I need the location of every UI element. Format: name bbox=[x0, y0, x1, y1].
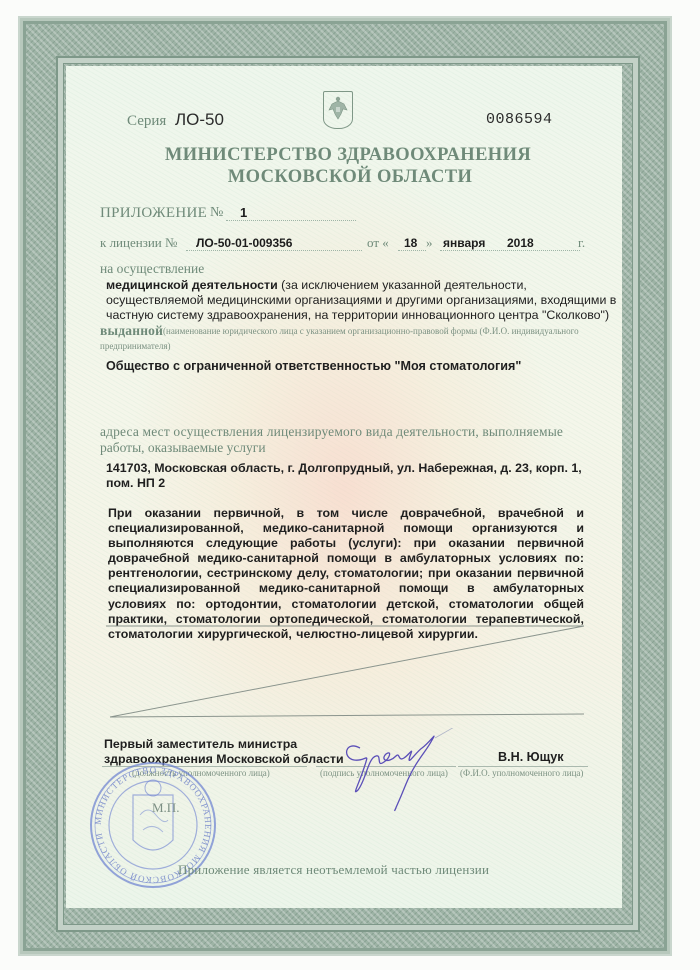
seal-placeholder-label: М.П. bbox=[152, 800, 179, 816]
name-underline bbox=[458, 766, 588, 767]
name-hint: (Ф.И.О. уполномоченного лица) bbox=[460, 768, 583, 778]
handwritten-signature bbox=[340, 728, 470, 828]
footer-note: Приложение является неотъемлемой частью … bbox=[178, 862, 489, 878]
signatory-position-line1: Первый заместитель министра bbox=[104, 737, 297, 751]
signatory-name: В.Н. Ющук bbox=[498, 750, 564, 764]
